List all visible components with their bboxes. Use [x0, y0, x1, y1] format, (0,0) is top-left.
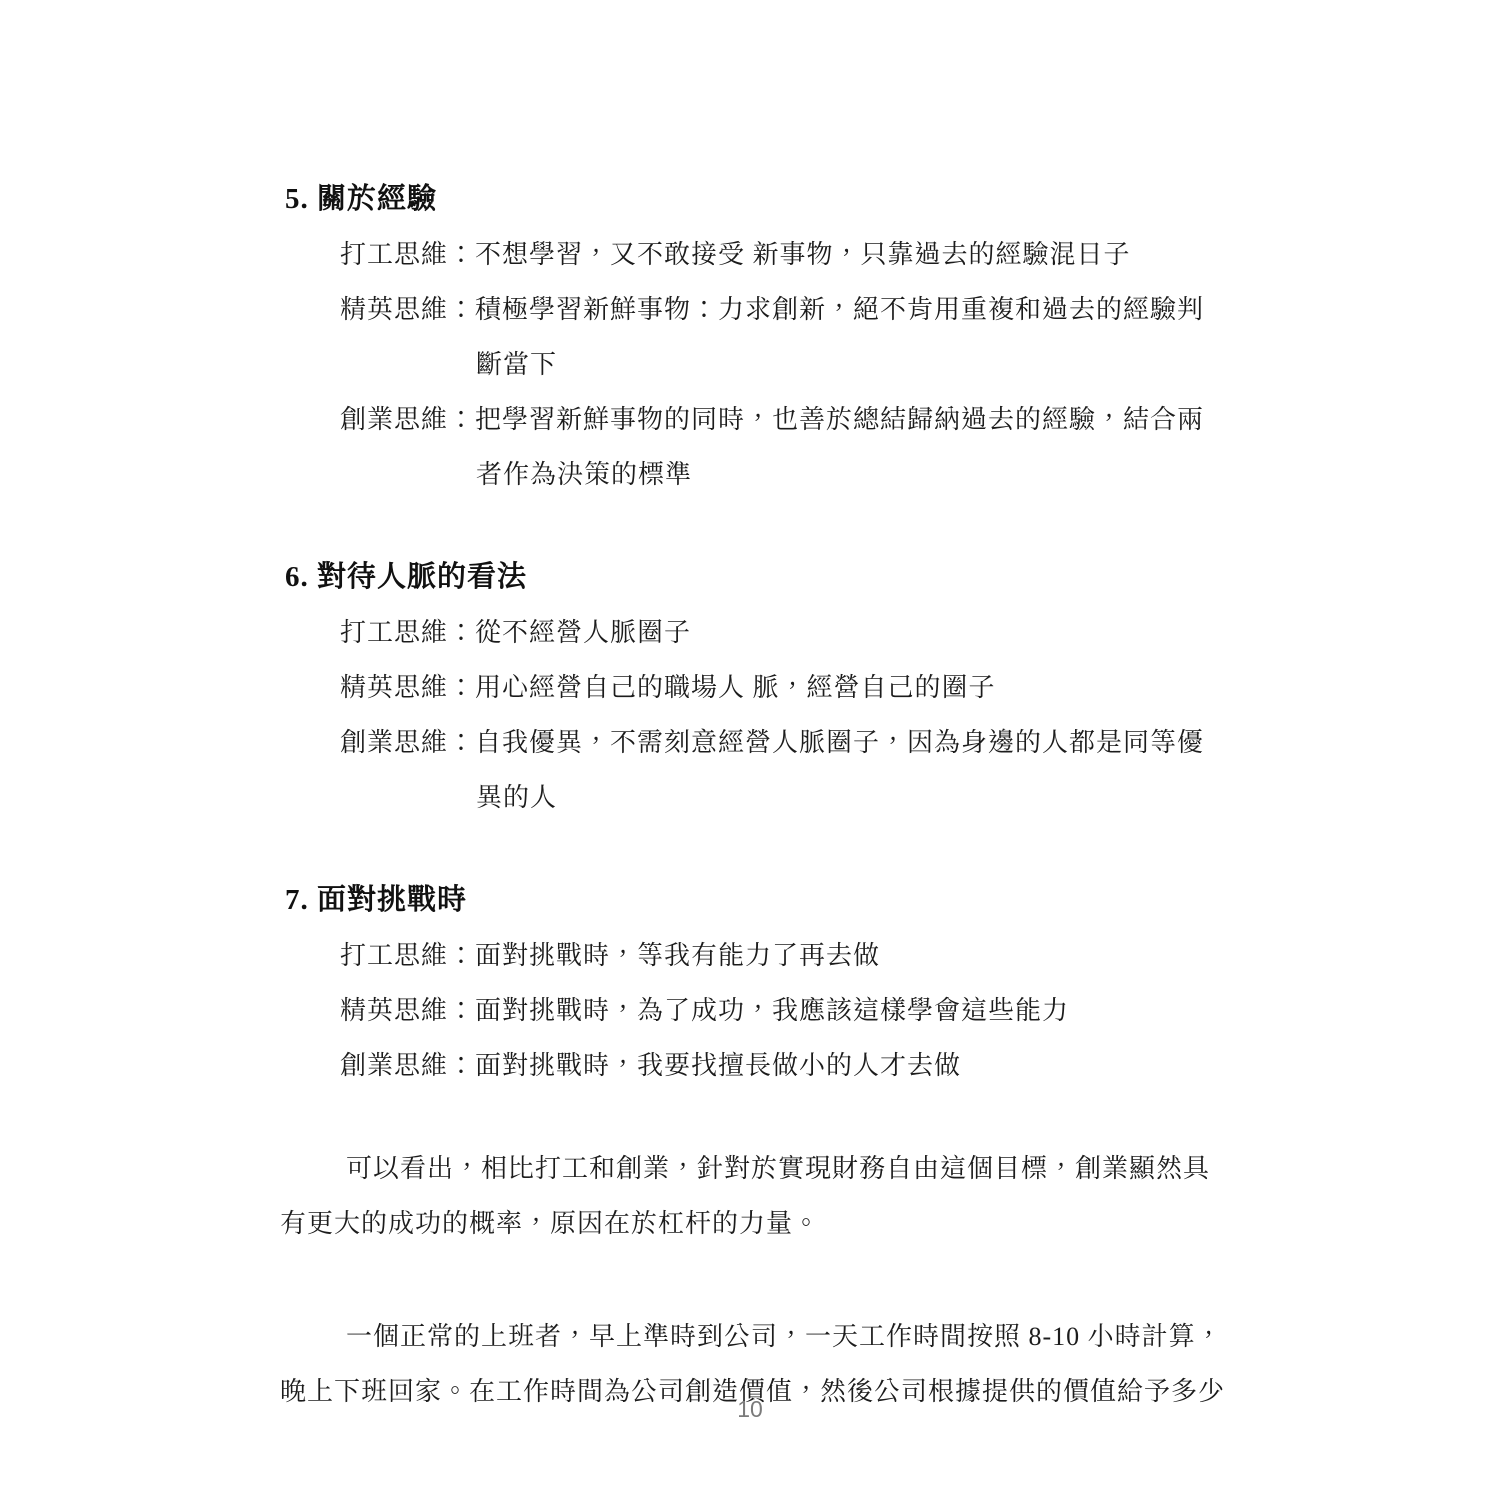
- section-entries: 打工思維：從不經營人脈圈子 精英思維：用心經營自己的職場人 脈，經營自己的圈子 …: [340, 605, 1222, 825]
- entry-worker-mindset: 打工思維：從不經營人脈圈子: [340, 605, 1222, 660]
- section-heading: 6. 對待人脈的看法: [285, 550, 1225, 605]
- entry-elite-mindset: 精英思維：用心經營自己的職場人 脈，經營自己的圈子: [340, 660, 1222, 715]
- page-content: 5. 關於經驗 打工思維：不想學習，又不敢接受 新事物，只靠過去的經驗混日子 精…: [285, 172, 1225, 1419]
- body-paragraph-conclusion: 可以看出，相比打工和創業，針對於實現財務自由這個目標，創業顯然具有更大的成功的概…: [280, 1141, 1225, 1251]
- entry-entrepreneur-mindset: 創業思維：自我優異，不需刻意經營人脈圈子，因為身邊的人都是同等優異的人: [340, 715, 1222, 825]
- page-footer: 10: [0, 1396, 1500, 1423]
- entry-elite-mindset: 精英思維：面對挑戰時，為了成功，我應該這樣學會這些能力: [340, 983, 1222, 1038]
- section-heading: 5. 關於經驗: [285, 172, 1225, 227]
- section-6-network: 6. 對待人脈的看法 打工思維：從不經營人脈圈子 精英思維：用心經營自己的職場人…: [285, 550, 1225, 825]
- entry-entrepreneur-mindset: 創業思維：面對挑戰時，我要找擅長做小的人才去做: [340, 1038, 1222, 1093]
- section-7-challenge: 7. 面對挑戰時 打工思維：面對挑戰時，等我有能力了再去做 精英思維：面對挑戰時…: [285, 873, 1225, 1093]
- document-page: 5. 關於經驗 打工思維：不想學習，又不敢接受 新事物，只靠過去的經驗混日子 精…: [0, 0, 1500, 1500]
- entry-worker-mindset: 打工思維：面對挑戰時，等我有能力了再去做: [340, 928, 1222, 983]
- entry-entrepreneur-mindset: 創業思維：把學習新鮮事物的同時，也善於總結歸納過去的經驗，結合兩者作為決策的標準: [340, 392, 1222, 502]
- section-entries: 打工思維：不想學習，又不敢接受 新事物，只靠過去的經驗混日子 精英思維：積極學習…: [340, 227, 1222, 502]
- section-heading: 7. 面對挑戰時: [285, 873, 1225, 928]
- section-entries: 打工思維：面對挑戰時，等我有能力了再去做 精英思維：面對挑戰時，為了成功，我應該…: [340, 928, 1222, 1093]
- entry-worker-mindset: 打工思維：不想學習，又不敢接受 新事物，只靠過去的經驗混日子: [340, 227, 1222, 282]
- entry-elite-mindset: 精英思維：積極學習新鮮事物：力求創新，絕不肯用重複和過去的經驗判斷當下: [340, 282, 1222, 392]
- section-5-experience: 5. 關於經驗 打工思維：不想學習，又不敢接受 新事物，只靠過去的經驗混日子 精…: [285, 172, 1225, 502]
- page-number: 10: [737, 1396, 763, 1422]
